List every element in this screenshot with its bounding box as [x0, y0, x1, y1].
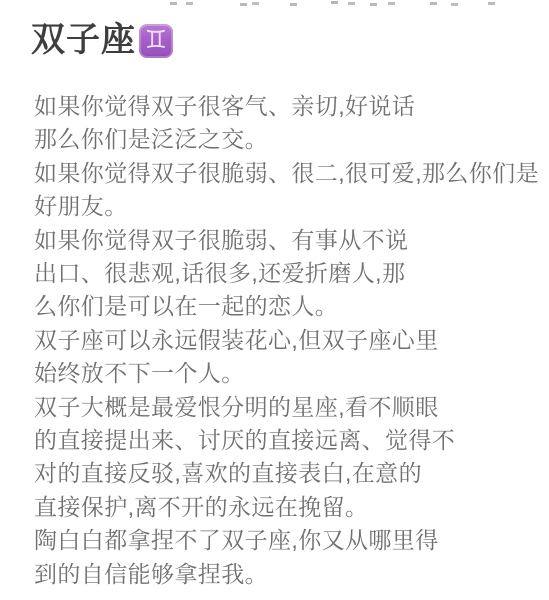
body-line: 直接保护,离不开的永远在挽留。	[34, 491, 539, 524]
body-line: 那么你们是泛泛之交。	[34, 123, 539, 156]
body-line: 对的直接反驳,喜欢的直接表白,在意的	[34, 457, 539, 490]
body-line: 始终放不下一个人。	[34, 357, 539, 390]
body-line: 陶白白都拿捏不了双子座,你又从哪里得	[34, 524, 539, 557]
body-line: 如果你觉得双子很脆弱、很二,很可爱,那么你们是	[34, 157, 539, 190]
body-line: 如果你觉得双子很客气、亲切,好说话	[34, 90, 539, 123]
title-text: 双子座	[31, 21, 136, 59]
body-line: 如果你觉得双子很脆弱、有事从不说	[34, 224, 539, 257]
body-line: 的直接提出来、讨厌的直接远离、觉得不	[34, 424, 539, 457]
body-line: 双子座可以永远假装花心,但双子座心里	[34, 324, 539, 357]
cropped-top-line-fragments	[170, 2, 177, 5]
body-line: 么你们是可以在一起的恋人。	[34, 290, 539, 323]
body-line: 出口、很悲观,话很多,还爱折磨人,那	[34, 257, 539, 290]
article-body: 如果你觉得双子很客气、亲切,好说话 那么你们是泛泛之交。 如果你觉得双子很脆弱、…	[34, 90, 539, 591]
gemini-symbol-icon: ♊	[145, 28, 167, 53]
body-line: 双子大概是最爱恨分明的星座,看不顺眼	[34, 391, 539, 424]
page-title: 双子座 ♊	[31, 21, 173, 59]
gemini-emoji-icon: ♊	[139, 24, 173, 58]
body-line: 到的自信能够拿捏我。	[34, 558, 539, 591]
body-line: 好朋友。	[34, 190, 539, 223]
